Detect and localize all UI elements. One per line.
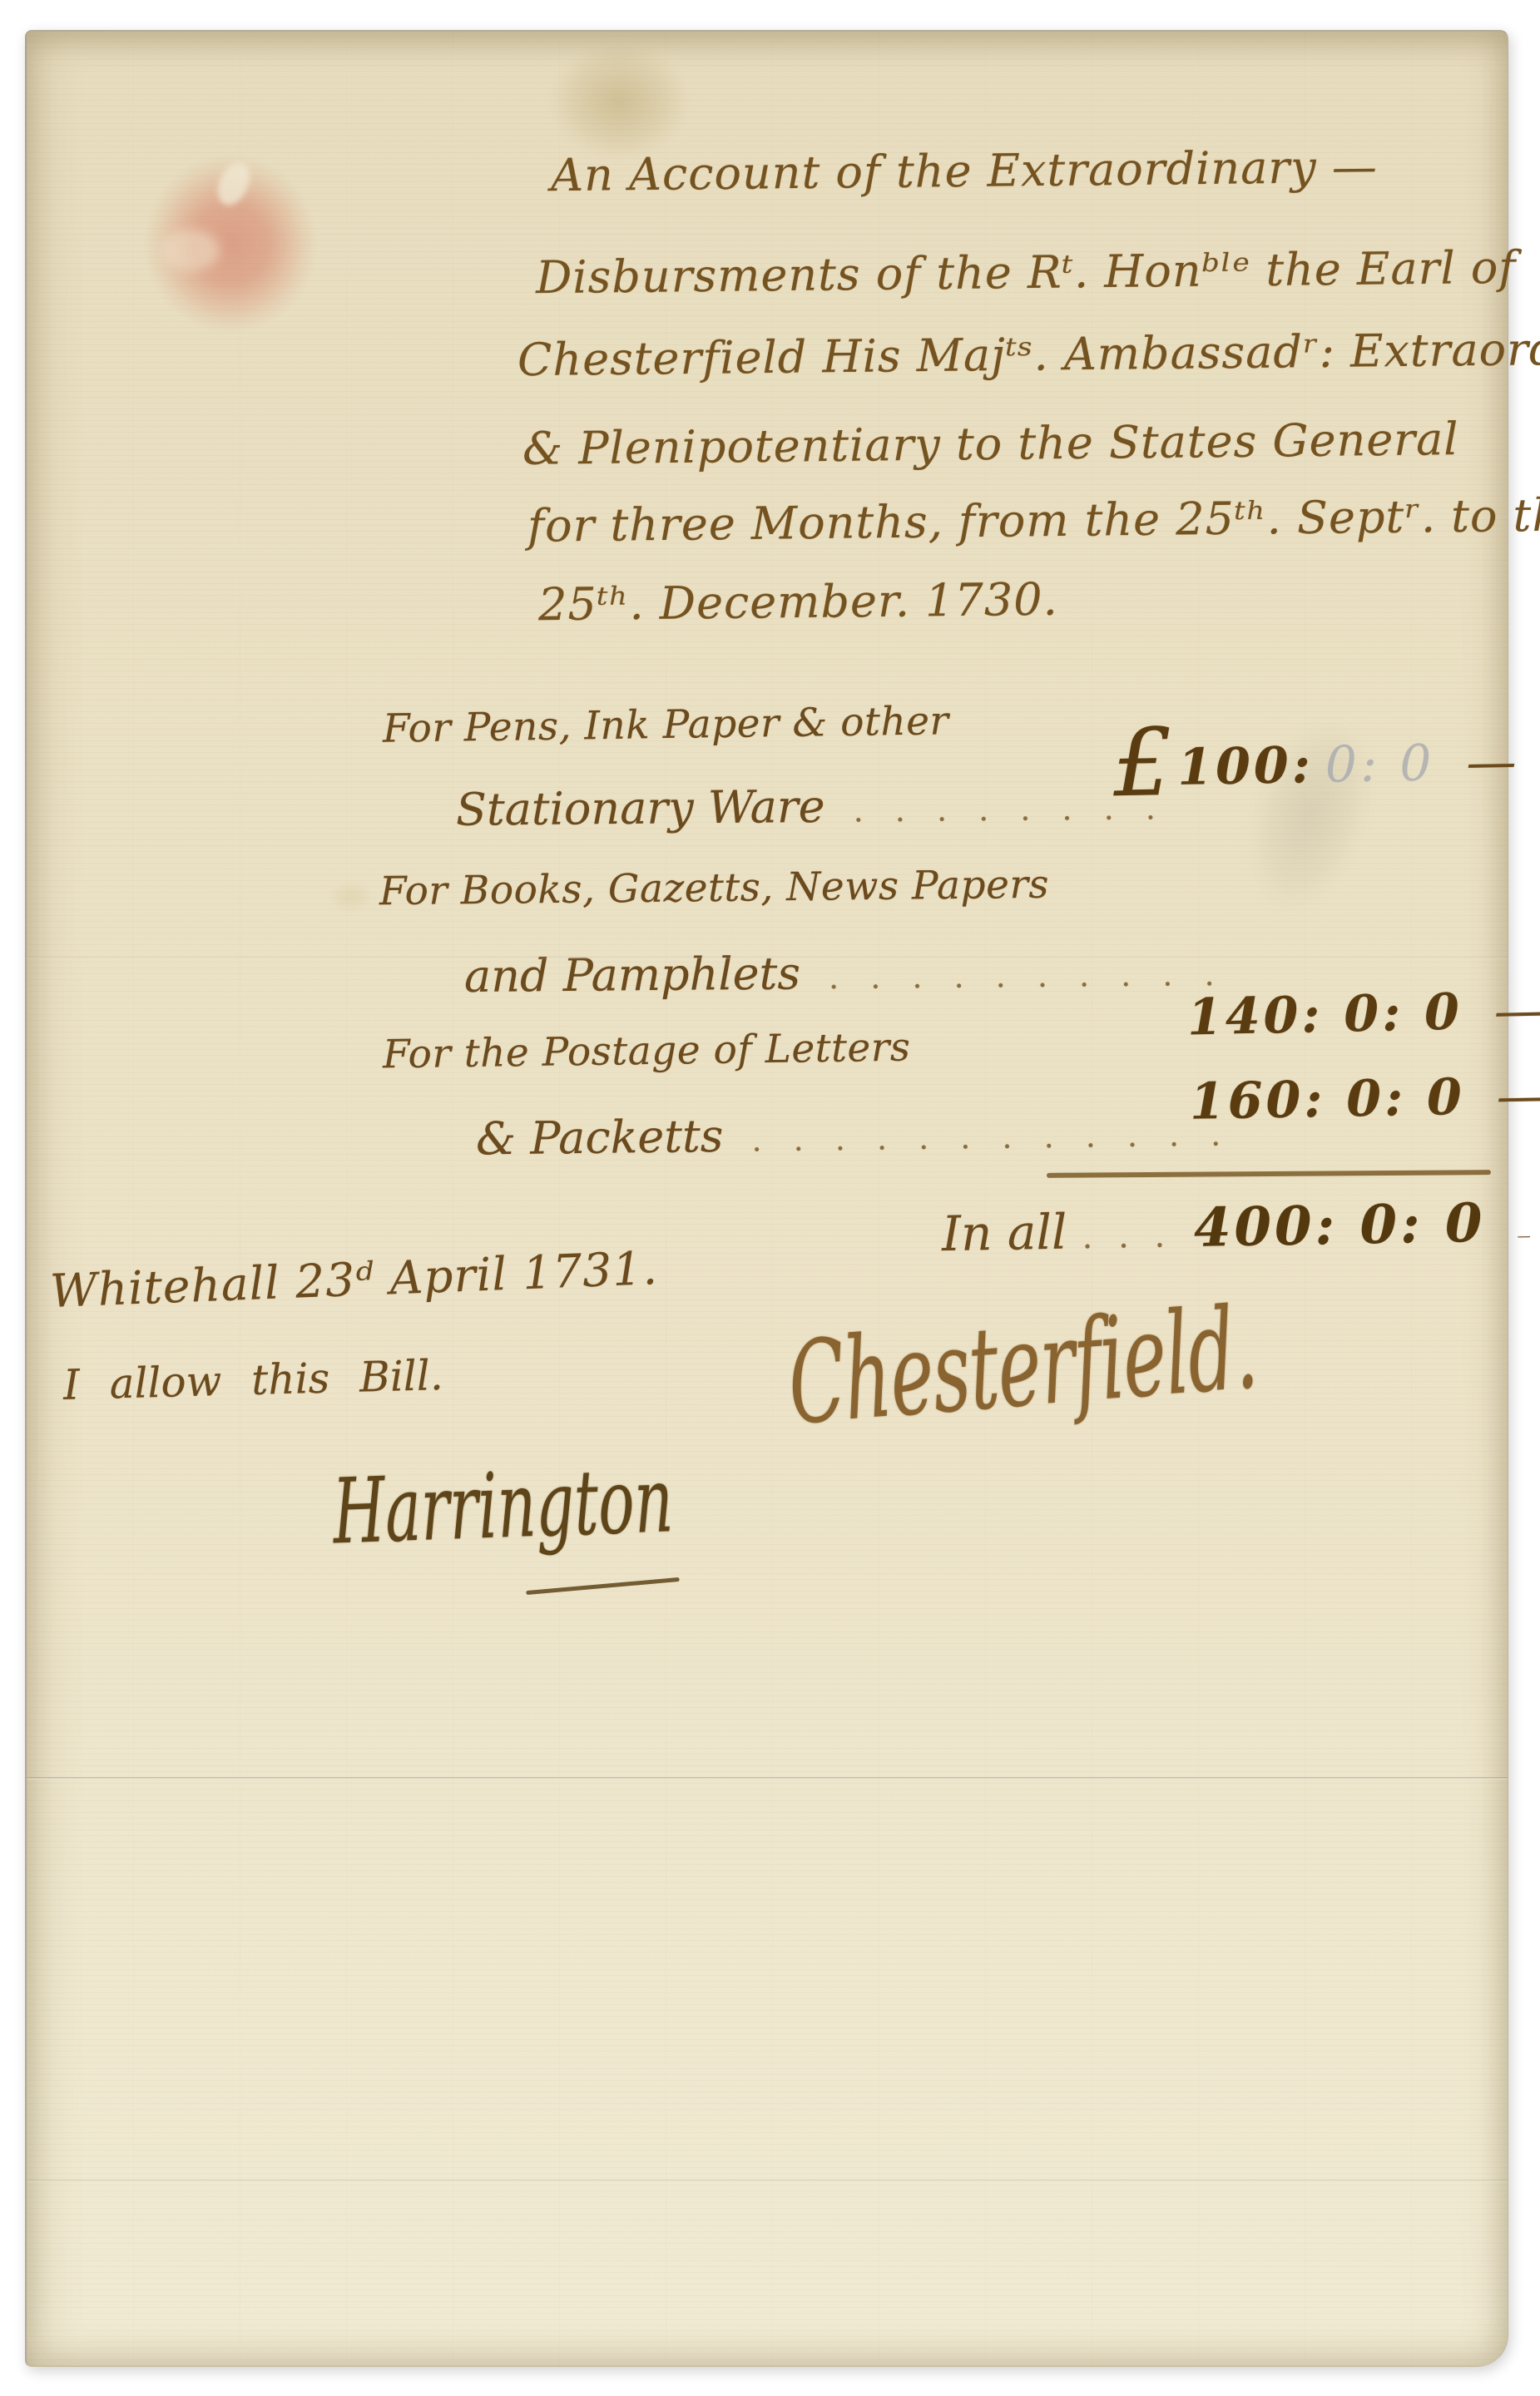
fold-crease-lower (27, 2180, 1508, 2182)
scanned-document: An Account of the Extraordinary — Disbur… (0, 0, 1540, 2396)
item-3-amount: 160: 0: 0 — (1189, 1067, 1540, 1131)
total-leader-dots: . . . (1082, 1216, 1172, 1256)
item-1-description-line-2: Stationary Ware . . . . . . . . (456, 777, 1166, 835)
item-1-description-line-1: For Pens, Ink Paper & other (383, 698, 949, 751)
item-2-amount-dash: — (1493, 982, 1540, 1041)
total-row: In all . . . 400: 0: 0 — (941, 1191, 1531, 1264)
paper-sheet: An Account of the Extraordinary — Disbur… (25, 30, 1508, 2367)
item-2-description-line-1: For Books, Gazetts, News Papers (379, 862, 1050, 914)
item-3-label: & Packetts (476, 1110, 724, 1166)
total-rule (1047, 1170, 1491, 1178)
fold-crease-middle (27, 1777, 1508, 1780)
red-wax-seal-icon (140, 150, 321, 338)
item-3-leader-dots: . . . . . . . . . . . . (751, 1116, 1231, 1158)
item-3-description-line-2: & Packetts . . . . . . . . . . . . (476, 1103, 1232, 1165)
item-2-amount-value: 140: 0: 0 (1186, 983, 1463, 1047)
item-2-leader-dots: . . . . . . . . . . (829, 956, 1226, 996)
heading-line-1: An Account of the Extraordinary — (551, 141, 1378, 201)
paper-stain-mid (326, 880, 376, 913)
item-2-description-line-2: and Pamphlets . . . . . . . . . . (464, 943, 1226, 1002)
item-3-amount-value: 160: 0: 0 (1189, 1068, 1465, 1131)
item-3-amount-dash: — (1496, 1067, 1540, 1126)
signature-harrington: Harrington (331, 1448, 675, 1564)
total-amount-dash: — (1517, 1228, 1530, 1244)
heading-line-4: & Plenipotentiary to the States General (522, 413, 1459, 475)
heading-line-2: Disbursments of the Rᵗ. Honᵇˡᵉ the Earl … (536, 241, 1517, 304)
total-amount-value: 400: 0: 0 (1193, 1192, 1486, 1260)
pound-sign: £ (1112, 730, 1173, 798)
heading-line-6: 25ᵗʰ. December. 1730. (538, 573, 1058, 631)
item-2-amount: 140: 0: 0 — (1186, 982, 1540, 1047)
item-1-amount: £ 100: 0: 0 — (1112, 724, 1517, 798)
paper-stain-top (542, 37, 696, 166)
allowance-line: I allow this Bill. (62, 1351, 443, 1409)
total-label: In all (941, 1204, 1067, 1263)
item-1-label: Stationary Ware (456, 780, 825, 836)
item-2-label: and Pamphlets (464, 947, 801, 1002)
signature-underline-flourish (526, 1577, 680, 1595)
item-1-amount-value: 100: (1177, 736, 1315, 797)
item-1-amount-dash: — (1466, 732, 1517, 791)
heading-line-5: for three Months, from the 25ᵗʰ. Septʳ. … (527, 488, 1540, 552)
item-1-amount-faded: 0: 0 (1325, 734, 1435, 794)
item-3-description-line-1: For the Postage of Letters (383, 1025, 911, 1078)
signature-chesterfield: Chesterfield. (784, 1281, 1261, 1450)
heading-line-3: Chesterfield His Majᵗˢ. Ambassadʳ: Extra… (517, 322, 1540, 386)
place-date-line: Whitehall 23ᵈ April 1731. (49, 1241, 659, 1318)
